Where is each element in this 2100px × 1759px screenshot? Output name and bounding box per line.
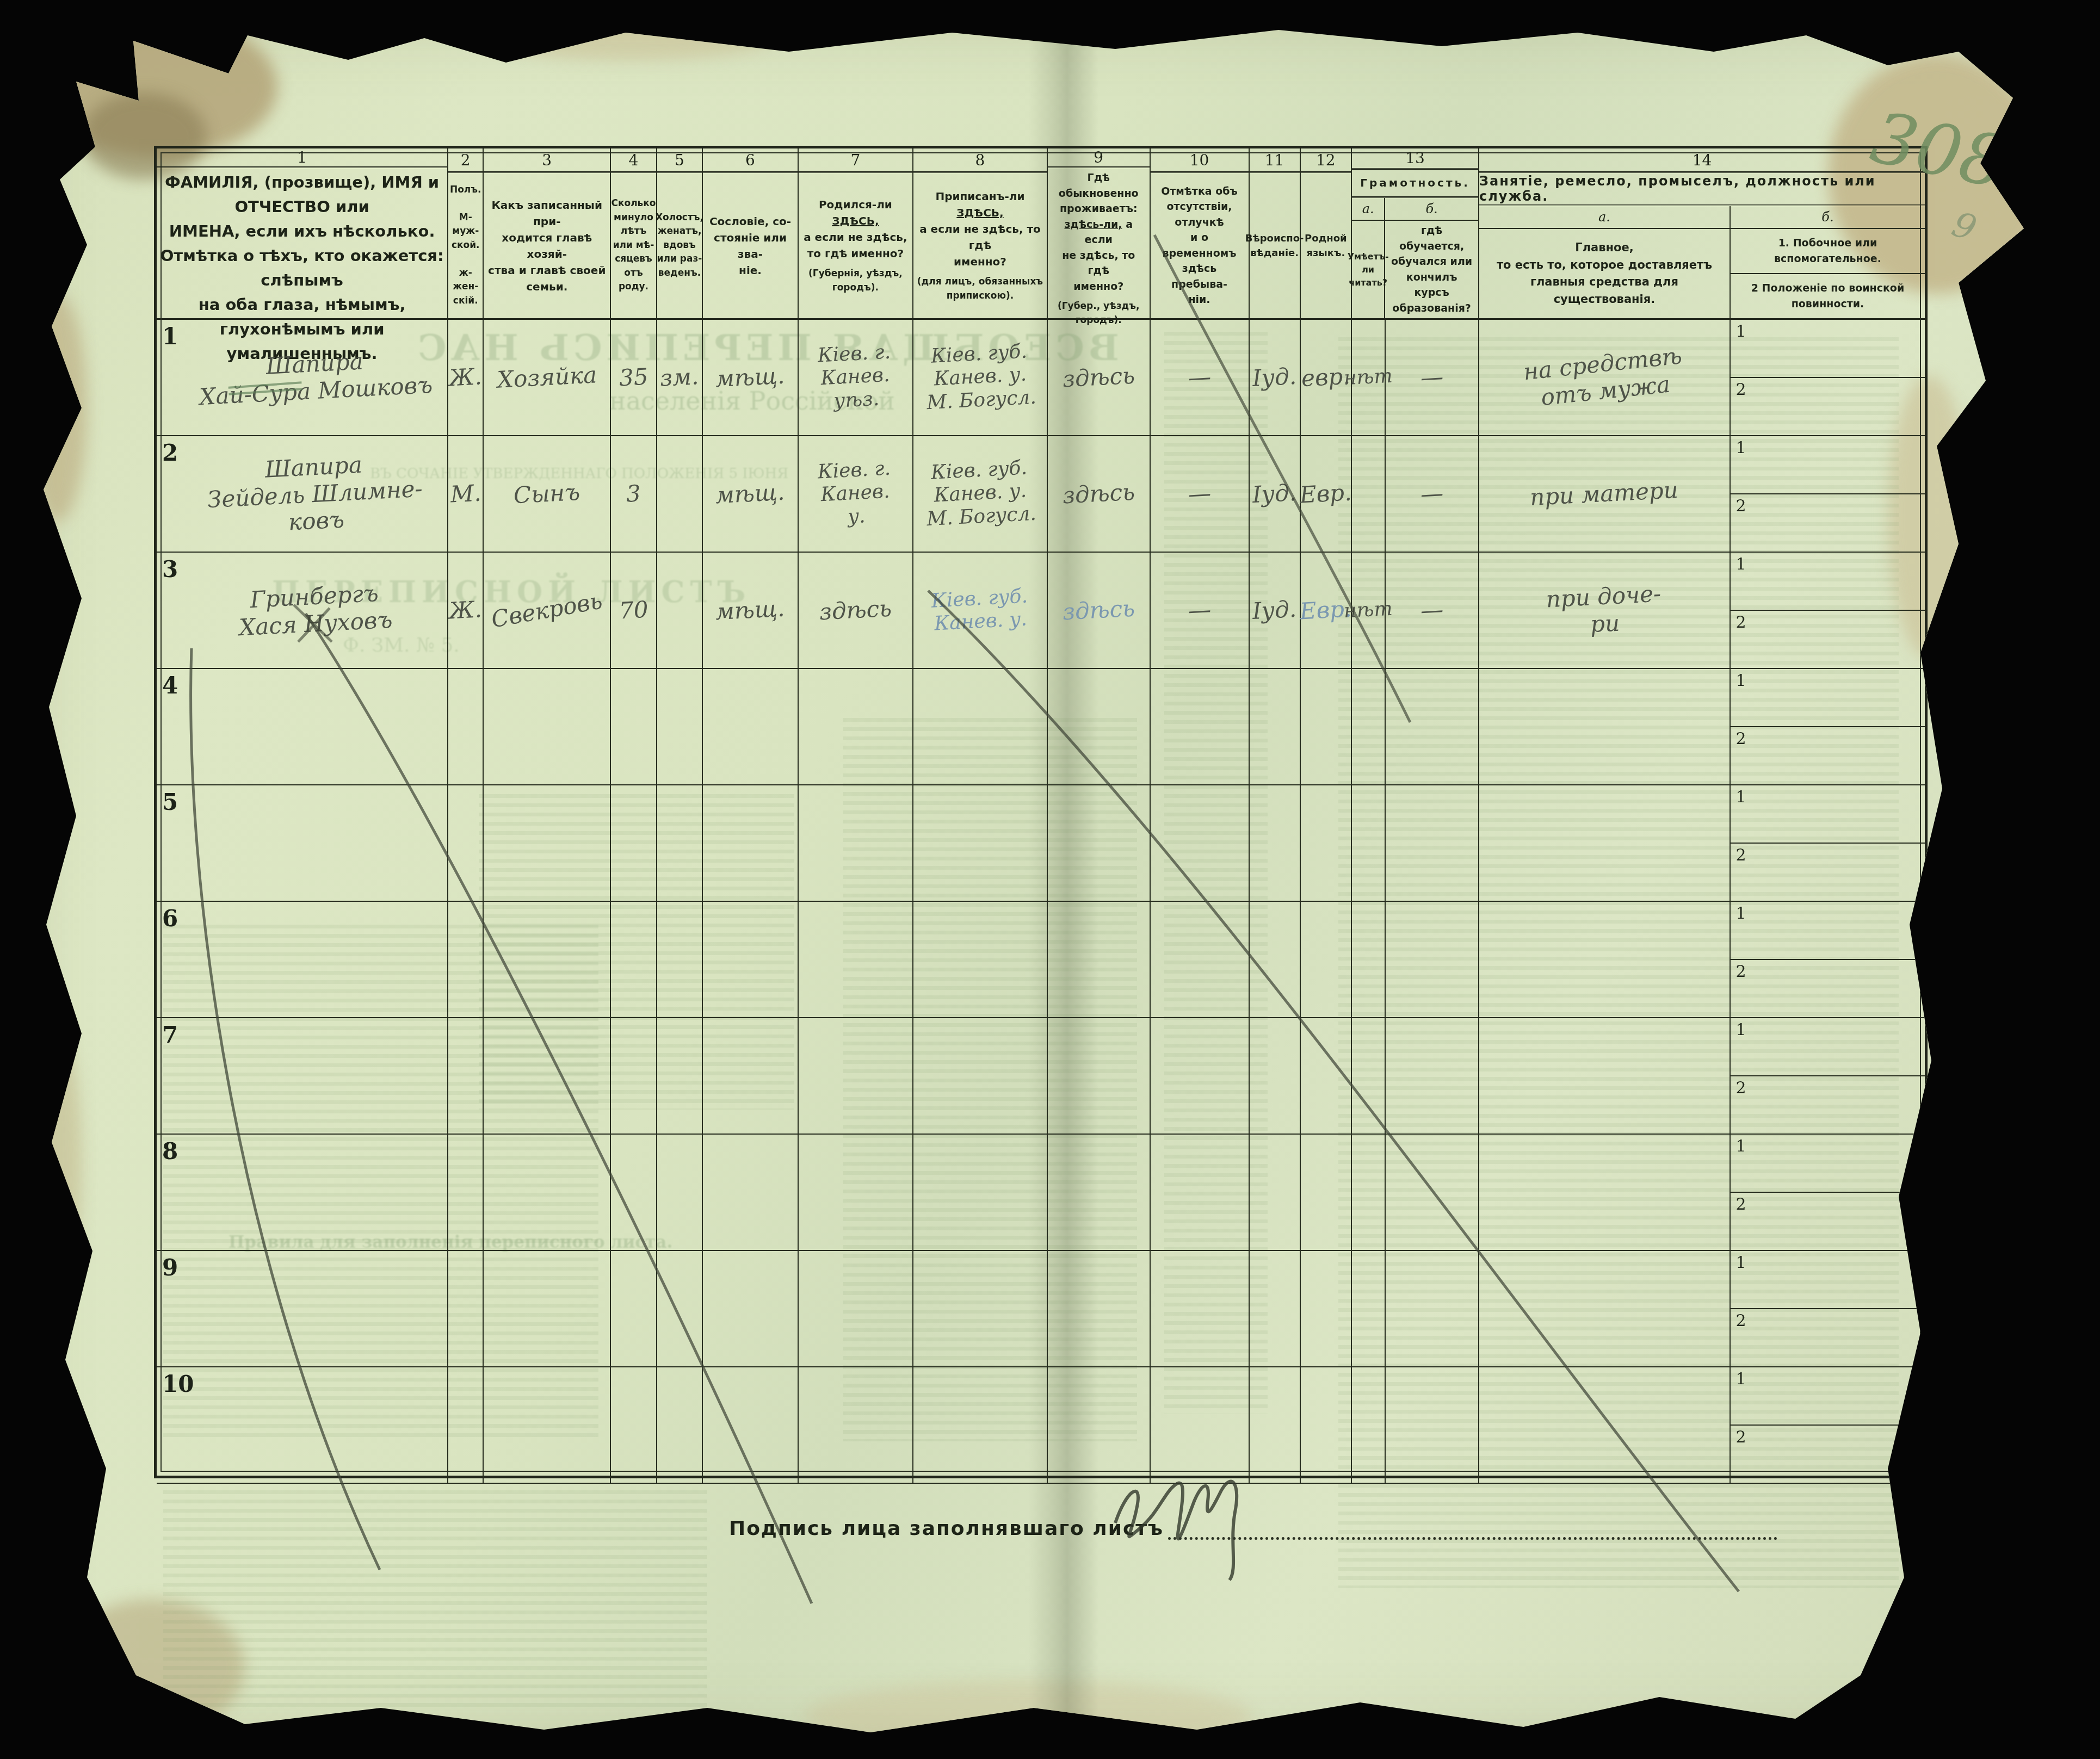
cell-literacy-b: — — [1386, 436, 1479, 552]
handwriting-age: 35 — [619, 363, 649, 392]
cell-language — [1301, 1018, 1352, 1134]
subcol-text: Умѣетъ- ли читать? — [1352, 221, 1384, 318]
header-col-birthplace: 7 Родился-ли ЗДѢСЬ, а если не здѣсь, то … — [799, 148, 913, 318]
col-number: 4 — [611, 148, 656, 173]
group-subcolumns: а. Умѣетъ- ли читать? б. гдѣ обучается, … — [1352, 198, 1478, 318]
subcol-label: б. — [1385, 198, 1478, 221]
subcol-label: б. — [1731, 206, 1925, 229]
cell-literacy-a — [1352, 1251, 1386, 1366]
col-title: Холостъ, женатъ, вдовъ или раз- веденъ. — [657, 173, 702, 318]
cell-estate — [703, 785, 799, 901]
header-col-sex: 2 Полъ. М-муж- ской. ж-жен- скій. — [448, 148, 484, 318]
col-title: Сословіе, со- стояніе или зва- ніе. — [703, 173, 798, 318]
col-number: 8 — [913, 148, 1047, 173]
cell-literacy-a — [1352, 1135, 1386, 1250]
cell-occupation-a — [1479, 669, 1731, 784]
cell-registered — [913, 1135, 1048, 1250]
col-number: 14 — [1479, 148, 1925, 173]
col-title-note: (для лицъ, обязанныхъ припискою). — [916, 275, 1045, 303]
cell-estate: мѣщ. — [703, 553, 799, 668]
cell-relation — [484, 1367, 611, 1483]
cell-occupation-b: 1 2 — [1731, 1018, 1925, 1134]
cell-name: 7 — [157, 1018, 448, 1134]
cell-birthplace — [799, 1135, 913, 1250]
handwriting-occupation: при матери — [1529, 476, 1679, 511]
subcell-number: 1 — [1736, 1253, 1746, 1272]
cell-language — [1301, 902, 1352, 1017]
subcell-number: 2 — [1736, 1195, 1746, 1214]
row-number: 8 — [162, 1138, 178, 1165]
cell-occupation-b: 1 2 — [1731, 669, 1925, 784]
col-title-note: (Губернія, уѣздъ, городъ). — [801, 267, 910, 295]
col-title-text: Гдѣ обыкновенно проживаетъ: — [1059, 172, 1139, 215]
cell-sex — [448, 1367, 484, 1483]
table-row: 8 1 2 — [157, 1135, 1925, 1251]
col-title: Приписанъ-ли ЗДѢСЬ, а если не здѣсь, то … — [913, 173, 1047, 318]
cell-religion — [1250, 1135, 1301, 1250]
subcell-secondary: 1 — [1731, 1367, 1925, 1424]
cell-absence — [1151, 785, 1250, 901]
cell-literacy-b — [1386, 669, 1479, 784]
cell-absence — [1151, 1018, 1250, 1134]
signature-handwriting — [1099, 1441, 1327, 1583]
stain-left-mid — [27, 294, 87, 522]
cell-estate — [703, 1018, 799, 1134]
group-subcolumns: а. Главное, то есть то, которое доставля… — [1479, 206, 1925, 318]
cell-residence: здѣсь — [1048, 436, 1151, 552]
handwriting-religion: Іуд. — [1252, 596, 1297, 625]
cell-literacy-a — [1352, 1367, 1386, 1483]
subcol-can-read: а. Умѣетъ- ли читать? — [1352, 198, 1385, 318]
subcell-secondary: 1 — [1731, 553, 1925, 610]
cell-residence — [1048, 1135, 1151, 1250]
cell-sex — [448, 1018, 484, 1134]
row-number: 7 — [162, 1021, 178, 1048]
cell-age — [611, 902, 657, 1017]
col-number: 12 — [1301, 148, 1351, 173]
cell-literacy-a — [1352, 669, 1386, 784]
subcell-military: 2 — [1731, 610, 1925, 668]
cell-literacy-a — [1352, 785, 1386, 901]
stain-top-mid — [490, 16, 773, 60]
cell-sex: М. — [448, 436, 484, 552]
cell-age — [611, 1135, 657, 1250]
col-number: 7 — [799, 148, 912, 173]
row-number: 3 — [162, 556, 178, 583]
cell-registered — [913, 1367, 1048, 1483]
cell-literacy-a: нѣт — [1352, 553, 1386, 668]
subcell-secondary: 1 — [1731, 1135, 1925, 1192]
handwriting-absence: — — [1187, 596, 1212, 624]
cell-birthplace: Кіев. г. Канев. у. — [799, 436, 913, 552]
handwriting-religion: Іуд. — [1252, 363, 1297, 392]
cell-name: 2 Шапира Зейдель Шлимне- ковъ — [157, 436, 448, 552]
handwriting-literacy-note: — — [1420, 480, 1444, 508]
cell-occupation-a — [1479, 902, 1731, 1017]
cell-marital — [657, 553, 703, 668]
handwriting-relation: Свекровь — [489, 587, 604, 634]
row-number: 5 — [162, 789, 178, 815]
cell-age — [611, 669, 657, 784]
cell-marital — [657, 669, 703, 784]
subcol-text: 1. Побочное или вспомогательное. 2 Полож… — [1731, 229, 1925, 318]
header-col-name: 1 ФАМИЛІЯ, (прозвище), ИМЯ и ОТЧЕСТВО ил… — [157, 148, 448, 318]
handwriting-absence: — — [1187, 480, 1212, 508]
header-col-language: 12 Родной языкъ. — [1301, 148, 1352, 318]
subcell-secondary: 1 — [1731, 669, 1925, 726]
cell-marital — [657, 1367, 703, 1483]
cell-marital — [657, 785, 703, 901]
cell-absence — [1151, 902, 1250, 1017]
subcell-secondary: 1 — [1731, 902, 1925, 959]
census-table: 1 ФАМИЛІЯ, (прозвище), ИМЯ и ОТЧЕСТВО ил… — [154, 146, 1928, 1478]
cell-name: 5 — [157, 785, 448, 901]
cell-sex — [448, 1251, 484, 1366]
cell-relation: Сынъ — [484, 436, 611, 552]
cell-absence: — — [1151, 436, 1250, 552]
cell-registered — [913, 902, 1048, 1017]
col-number: 2 — [448, 148, 483, 173]
handwriting-literacy-note: — — [1420, 596, 1444, 624]
cell-birthplace — [799, 902, 913, 1017]
handwriting-absence: — — [1187, 363, 1212, 392]
cell-relation — [484, 1018, 611, 1134]
cell-occupation-a — [1479, 1367, 1731, 1483]
cell-marital — [657, 436, 703, 552]
header-group-literacy: 13 Грамотность. а. Умѣетъ- ли читать? б.… — [1352, 148, 1479, 318]
cell-age — [611, 1018, 657, 1134]
subcell-military: 2 — [1731, 377, 1925, 435]
cell-sex: Ж. — [448, 320, 484, 435]
handwriting-literacy-note: — — [1420, 363, 1444, 392]
cell-religion: Іуд. — [1250, 553, 1301, 668]
subcol-item-secondary: 1. Побочное или вспомогательное. — [1731, 229, 1925, 273]
cell-language — [1301, 1135, 1352, 1250]
cell-literacy-b — [1386, 785, 1479, 901]
subcell-number: 2 — [1736, 962, 1746, 981]
subcol-label: а. — [1352, 198, 1384, 221]
table-header: 1 ФАМИЛІЯ, (прозвище), ИМЯ и ОТЧЕСТВО ил… — [157, 148, 1925, 320]
handwriting-religion: Іуд. — [1252, 479, 1297, 509]
subcol-text: Главное, то есть то, которое доставляетъ… — [1479, 229, 1730, 318]
cell-estate: мѣщ. — [703, 436, 799, 552]
cell-age: 35 — [611, 320, 657, 435]
col-number: 5 — [657, 148, 702, 173]
cell-occupation-b: 1 2 — [1731, 320, 1925, 435]
cell-estate — [703, 902, 799, 1017]
subcell-military: 2 — [1731, 1192, 1925, 1250]
subcol-secondary-occupation: б. 1. Побочное или вспомогательное. 2 По… — [1731, 206, 1925, 318]
cell-occupation-a: при доче- ри — [1479, 553, 1731, 668]
cell-language — [1301, 1251, 1352, 1366]
handwriting-marital: зм. — [659, 363, 700, 392]
group-title: Грамотность. — [1352, 170, 1478, 198]
subcell-number: 1 — [1736, 1370, 1746, 1389]
cell-sex — [448, 902, 484, 1017]
subcell-number: 1 — [1736, 1020, 1746, 1039]
cell-literacy-a: нѣт — [1352, 320, 1386, 435]
cell-marital — [657, 902, 703, 1017]
table-row: 1 Шапира Хай-Сура Мошковъ Ж. Хозяйка 35 … — [157, 320, 1925, 436]
table-row: 5 1 2 — [157, 785, 1925, 902]
cell-residence: здѣсь — [1048, 320, 1151, 435]
cell-occupation-b: 1 2 — [1731, 1251, 1925, 1366]
cell-language — [1301, 785, 1352, 901]
cell-literacy-a — [1352, 1018, 1386, 1134]
subcell-secondary: 1 — [1731, 785, 1925, 843]
col-number: 1 — [157, 148, 447, 168]
col-title: Вѣроиспо- вѣданіе. — [1250, 173, 1300, 318]
cell-estate — [703, 669, 799, 784]
cell-occupation-b: 1 2 — [1731, 1135, 1925, 1250]
cell-literacy-b: — — [1386, 320, 1479, 435]
subcell-number: 2 — [1736, 380, 1746, 399]
subcell-number: 1 — [1736, 438, 1746, 457]
header-col-residence: 9 Гдѣ обыкновенно проживаетъ: здѣсь-ли, … — [1048, 148, 1151, 318]
row-number: 1 — [162, 323, 178, 350]
cell-age: 3 — [611, 436, 657, 552]
subcell-number: 1 — [1736, 322, 1746, 341]
cell-residence — [1048, 902, 1151, 1017]
cell-relation — [484, 785, 611, 901]
subcell-number: 2 — [1736, 1428, 1746, 1447]
col-number: 3 — [484, 148, 610, 173]
cell-religion — [1250, 1018, 1301, 1134]
cell-birthplace — [799, 785, 913, 901]
cell-language — [1301, 669, 1352, 784]
header-col-age: 4 Сколько минуло лѣтъ или мѣ- сяцевъ отъ… — [611, 148, 657, 318]
col-title-text: Родился-ли — [819, 198, 892, 211]
table-row: 3 Гринбергъ Хася Нуховъ Ж. Свекровь 70 м… — [157, 553, 1925, 669]
row-number: 2 — [162, 439, 178, 466]
cell-birthplace — [799, 1251, 913, 1366]
cell-literacy-b: — — [1386, 553, 1479, 668]
col-title-emphasis: ЗДѢСЬ, — [832, 214, 879, 227]
cell-sex: Ж. — [448, 553, 484, 668]
col-title: Гдѣ обыкновенно проживаетъ: здѣсь-ли, а … — [1048, 168, 1150, 330]
cell-name: 8 — [157, 1135, 448, 1250]
cell-religion — [1250, 669, 1301, 784]
cell-name: 4 — [157, 669, 448, 784]
handwriting-residence: здѣсь — [1062, 595, 1135, 625]
subcell-number: 1 — [1736, 1137, 1746, 1156]
cell-occupation-b: 1 2 — [1731, 785, 1925, 901]
cell-birthplace: Кіев. г. Канев. уѣз. — [799, 320, 913, 435]
cell-religion — [1250, 902, 1301, 1017]
handwriting-registered: Кіев. губ. Канев. у. М. Богусл. — [924, 456, 1037, 531]
cell-sex — [448, 785, 484, 901]
handwriting-age: 70 — [619, 596, 649, 624]
handwriting-name: Гринбергъ Хася Нуховъ — [237, 579, 393, 641]
cell-occupation-b: 1 2 — [1731, 553, 1925, 668]
handwriting-sex: М. — [449, 480, 481, 508]
subcell-number: 2 — [1736, 1311, 1746, 1330]
cell-occupation-a — [1479, 785, 1731, 901]
cell-language: Евр. — [1301, 436, 1352, 552]
header-col-estate: 6 Сословіе, со- стояніе или зва- ніе. — [703, 148, 799, 318]
cell-estate — [703, 1367, 799, 1483]
handwriting-residence: здѣсь — [1062, 479, 1135, 509]
header-col-relation: 3 Какъ записанный при- ходится главѣ хоз… — [484, 148, 611, 318]
cell-occupation-b: 1 2 — [1731, 436, 1925, 552]
handwriting-language: Евр. — [1299, 479, 1352, 509]
handwriting-registered: Кіев. губ. Канев. у. М. Богусл. — [924, 340, 1037, 415]
cell-religion: Іуд. — [1250, 436, 1301, 552]
subcell-number: 2 — [1736, 1079, 1746, 1098]
col-title: Какъ записанный при- ходится главѣ хозяй… — [484, 173, 610, 318]
subcell-military: 2 — [1731, 493, 1925, 552]
handwriting-name: Шапира Зейдель Шлимне- ковъ — [206, 448, 425, 540]
col-title: Родился-ли ЗДѢСЬ, а если не здѣсь, то гд… — [799, 173, 912, 318]
cell-religion: Іуд. — [1250, 320, 1301, 435]
row-number: 4 — [162, 672, 178, 699]
paper-sheet: ВСЕОБЩАЯ ПЕРЕПИСЬ НАС населенія Россійск… — [0, 0, 2100, 1759]
cell-birthplace — [799, 1367, 913, 1483]
header-col-marital: 5 Холостъ, женатъ, вдовъ или раз- веденъ… — [657, 148, 703, 318]
subcell-military: 2 — [1731, 843, 1925, 901]
cell-registered — [913, 669, 1048, 784]
col-title-text: Приписанъ-ли — [935, 190, 1024, 203]
handwriting-occupation: на средствѣ отъ мужа — [1522, 342, 1687, 412]
handwriting-residence: здѣсь — [1062, 362, 1135, 393]
stain-left-lower — [27, 1023, 82, 1305]
cell-literacy-a — [1352, 436, 1386, 552]
cell-estate — [703, 1251, 799, 1366]
cell-age — [611, 785, 657, 901]
col-title-emphasis: здѣсь-ли, — [1065, 219, 1122, 231]
col-number: 13 — [1352, 148, 1478, 170]
cell-absence: — — [1151, 320, 1250, 435]
cell-marital — [657, 1018, 703, 1134]
cell-registered — [913, 1251, 1048, 1366]
subcell-secondary: 1 — [1731, 320, 1925, 377]
row-number: 6 — [162, 905, 178, 932]
cell-registered: Кіев. губ. Канев. у. — [913, 553, 1048, 668]
subcol-main-occupation: а. Главное, то есть то, которое доставля… — [1479, 206, 1731, 318]
col-number: 9 — [1048, 148, 1150, 168]
subcell-number: 2 — [1736, 613, 1746, 632]
subcell-number: 1 — [1736, 904, 1746, 923]
table-row: 2 Шапира Зейдель Шлимне- ковъ М. Сынъ 3 … — [157, 436, 1925, 553]
col-number: 6 — [703, 148, 798, 173]
subcell-number: 1 — [1736, 788, 1746, 807]
cell-literacy-b — [1386, 1135, 1479, 1250]
subcell-number: 2 — [1736, 846, 1746, 865]
cell-estate: мѣщ. — [703, 320, 799, 435]
cell-religion — [1250, 785, 1301, 901]
table-row: 7 1 2 — [157, 1018, 1925, 1135]
cell-name: 1 Шапира Хай-Сура Мошковъ — [157, 320, 448, 435]
cell-registered: Кіев. губ. Канев. у. М. Богусл. — [913, 436, 1048, 552]
cell-relation: Свекровь — [484, 553, 611, 668]
subcell-military: 2 — [1731, 726, 1925, 784]
cell-birthplace — [799, 1018, 913, 1134]
cell-registered: Кіев. губ. Канев. у. М. Богусл. — [913, 320, 1048, 435]
subcell-secondary: 1 — [1731, 436, 1925, 493]
table-row: 6 1 2 — [157, 902, 1925, 1018]
col-title: Полъ. М-муж- ской. ж-жен- скій. — [448, 173, 483, 318]
subcell-secondary: 1 — [1731, 1251, 1925, 1308]
cell-name: 6 — [157, 902, 448, 1017]
handwriting-name: Шапира Хай-Сура Мошковъ — [197, 344, 433, 410]
cell-occupation-b: 1 2 — [1731, 902, 1925, 1017]
col-title-emphasis: ЗДѢСЬ, — [956, 206, 1003, 219]
subcell-military: 2 — [1731, 959, 1925, 1017]
cell-birthplace: здѣсь — [799, 553, 913, 668]
handwriting-birthplace: Кіев. г. Канев. у. — [817, 457, 894, 530]
cell-absence — [1151, 1251, 1250, 1366]
col-title: Родной языкъ. — [1301, 173, 1351, 318]
handwriting-estate: мѣщ. — [715, 362, 786, 393]
col-title-text: а если не здѣсь, то гдѣ именно? — [919, 222, 1041, 268]
cell-occupation-a: при матери — [1479, 436, 1731, 552]
cell-registered — [913, 785, 1048, 901]
cell-marital: зм. — [657, 320, 703, 435]
subcell-military: 2 — [1731, 1075, 1925, 1134]
header-col-absence: 10 Отмѣтка объ отсутствіи, отлучкѣ и о в… — [1151, 148, 1250, 318]
cell-religion — [1250, 1251, 1301, 1366]
cell-occupation-a: на средствѣ отъ мужа — [1479, 320, 1731, 435]
cell-marital — [657, 1251, 703, 1366]
row-number: 10 — [162, 1371, 194, 1397]
table-row: 10 1 2 — [157, 1367, 1925, 1484]
subcol-where-studied: б. гдѣ обучается, обучался или кончилъ к… — [1385, 198, 1478, 318]
header-col-religion: 11 Вѣроиспо- вѣданіе. — [1250, 148, 1301, 318]
cell-estate — [703, 1135, 799, 1250]
col-title: Отмѣтка объ отсутствіи, отлучкѣ и о врем… — [1151, 173, 1249, 318]
subcol-label: а. — [1479, 206, 1730, 229]
cell-literacy-b — [1386, 902, 1479, 1017]
cell-name: 9 — [157, 1251, 448, 1366]
col-number: 11 — [1250, 148, 1300, 173]
cell-relation — [484, 1251, 611, 1366]
cell-literacy-b — [1386, 1018, 1479, 1134]
cell-relation: Хозяйка — [484, 320, 611, 435]
col-number: 10 — [1151, 148, 1249, 173]
cell-occupation-b: 1 2 — [1731, 1367, 1925, 1483]
table-row: 4 1 2 — [157, 669, 1925, 785]
subcell-military: 2 — [1731, 1308, 1925, 1366]
cell-relation — [484, 669, 611, 784]
handwriting-age: 3 — [626, 480, 641, 508]
handwriting-birthplace: Кіев. г. Канев. уѣз. — [817, 341, 894, 414]
handwriting-sex: Ж. — [448, 363, 483, 392]
cell-residence — [1048, 1251, 1151, 1366]
subcell-secondary: 1 — [1731, 1018, 1925, 1075]
cell-occupation-a — [1479, 1251, 1731, 1366]
header-group-occupation: 14 Занятіе, ремесло, промыселъ, должност… — [1479, 148, 1925, 318]
handwriting-sex: Ж. — [448, 596, 483, 625]
col-title-text: а если не здѣсь, то гдѣ именно? — [804, 231, 907, 260]
subcell-number: 2 — [1736, 497, 1746, 516]
ghost-paragraph-texture — [163, 1490, 707, 1708]
cell-literacy-a — [1352, 902, 1386, 1017]
cell-relation — [484, 902, 611, 1017]
table-row: 9 1 2 — [157, 1251, 1925, 1367]
census-scan-page: ВСЕОБЩАЯ ПЕРЕПИСЬ НАС населенія Россійск… — [0, 0, 2100, 1759]
handwriting-estate: мѣщ. — [715, 595, 786, 625]
col-title: Сколько минуло лѣтъ или мѣ- сяцевъ отъ р… — [611, 173, 656, 318]
subcell-number: 1 — [1736, 555, 1746, 574]
handwriting-estate: мѣщ. — [715, 479, 786, 509]
subcell-military: 2 — [1731, 1424, 1925, 1483]
cell-marital — [657, 1135, 703, 1250]
cell-name: 10 — [157, 1367, 448, 1483]
cell-residence — [1048, 669, 1151, 784]
cell-registered — [913, 1018, 1048, 1134]
handwriting-occupation: при доче- ри — [1546, 580, 1663, 640]
cell-age: 70 — [611, 553, 657, 668]
